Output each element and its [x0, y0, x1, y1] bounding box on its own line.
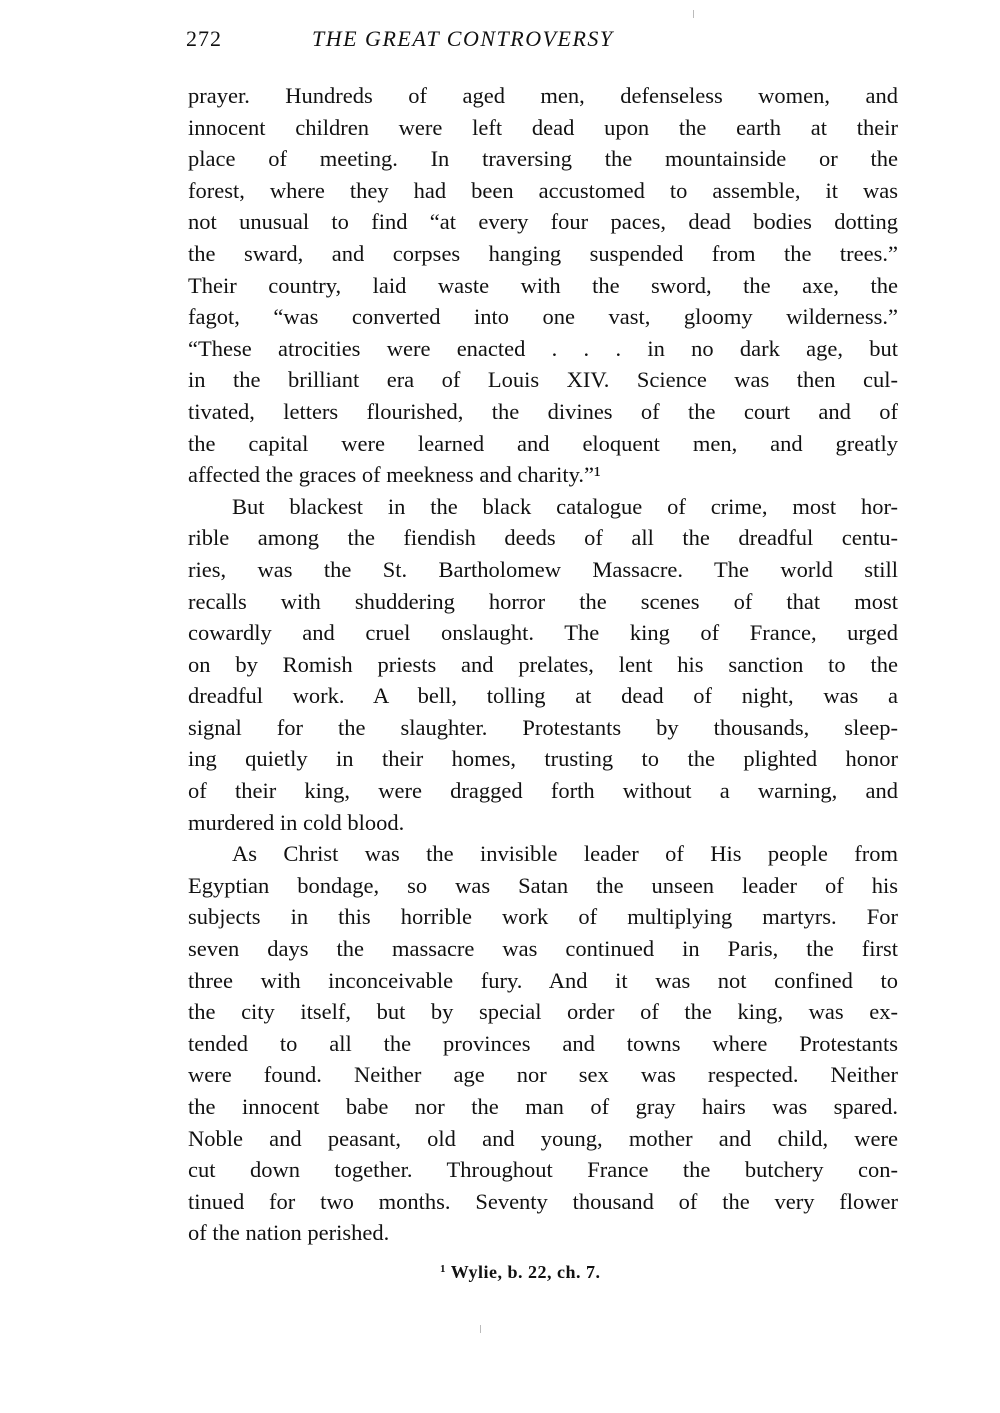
footnote-marker: 1 — [440, 1263, 446, 1275]
text-line: seven days the massacre was continued in… — [188, 933, 898, 965]
page-body: prayer. Hundreds of aged men, defenseles… — [188, 80, 898, 1249]
text-line: As Christ was the invisible leader of Hi… — [188, 838, 898, 870]
text-line: place of meeting. In traversing the moun… — [188, 143, 898, 175]
text-line: Egyptian bondage, so was Satan the unsee… — [188, 870, 898, 902]
text-line: the innocent babe nor the man of gray ha… — [188, 1091, 898, 1123]
text-line: signal for the slaughter. Protestants by… — [188, 712, 898, 744]
page-number: 272 — [186, 26, 222, 52]
text-line: the sward, and corpses hanging suspended… — [188, 238, 898, 270]
text-line: “These atrocities were enacted . . . in … — [188, 333, 898, 365]
text-line: not unusual to find “at every four paces… — [188, 206, 898, 238]
text-line: were found. Neither age nor sex was resp… — [188, 1059, 898, 1091]
text-line: on by Romish priests and prelates, lent … — [188, 649, 898, 681]
text-line: of the nation perished. — [188, 1217, 898, 1249]
text-line: innocent children were left dead upon th… — [188, 112, 898, 144]
footnote: 1 Wylie, b. 22, ch. 7. — [440, 1262, 601, 1283]
text-line: cowardly and cruel onslaught. The king o… — [188, 617, 898, 649]
text-line: But blackest in the black catalogue of c… — [188, 491, 898, 523]
text-line: in the brilliant era of Louis XIV. Scien… — [188, 364, 898, 396]
text-line: of their king, were dragged forth withou… — [188, 775, 898, 807]
paragraph-3: As Christ was the invisible leader of Hi… — [188, 838, 898, 1249]
text-line: cut down together. Throughout France the… — [188, 1154, 898, 1186]
text-line: prayer. Hundreds of aged men, defenseles… — [188, 80, 898, 112]
text-line: subjects in this horrible work of multip… — [188, 901, 898, 933]
page-header: 272 THE GREAT CONTROVERSY — [186, 26, 716, 58]
text-line: affected the graces of meekness and char… — [188, 459, 898, 491]
text-line: forest, where they had been accustomed t… — [188, 175, 898, 207]
text-line: tinued for two months. Seventy thousand … — [188, 1186, 898, 1218]
text-line: recalls with shuddering horror the scene… — [188, 586, 898, 618]
text-line: ing quietly in their homes, trusting to … — [188, 743, 898, 775]
text-line: ries, was the St. Bartholomew Massacre. … — [188, 554, 898, 586]
scan-artifact — [693, 10, 694, 18]
text-line: rible among the fiendish deeds of all th… — [188, 522, 898, 554]
running-title: THE GREAT CONTROVERSY — [312, 26, 614, 52]
text-line: three with inconceivable fury. And it wa… — [188, 965, 898, 997]
text-line: murdered in cold blood. — [188, 807, 898, 839]
paragraph-1: prayer. Hundreds of aged men, defenseles… — [188, 80, 898, 491]
text-line: dreadful work. A bell, tolling at dead o… — [188, 680, 898, 712]
text-line: Noble and peasant, old and young, mother… — [188, 1123, 898, 1155]
text-line: the capital were learned and eloquent me… — [188, 428, 898, 460]
text-line: tended to all the provinces and towns wh… — [188, 1028, 898, 1060]
text-line: Their country, laid waste with the sword… — [188, 270, 898, 302]
footnote-text: Wylie, b. 22, ch. 7. — [451, 1262, 601, 1282]
text-line: the city itself, but by special order of… — [188, 996, 898, 1028]
text-line: tivated, letters flourished, the divines… — [188, 396, 898, 428]
scan-artifact — [480, 1325, 481, 1333]
paragraph-2: But blackest in the black catalogue of c… — [188, 491, 898, 839]
text-line: fagot, “was converted into one vast, glo… — [188, 301, 898, 333]
